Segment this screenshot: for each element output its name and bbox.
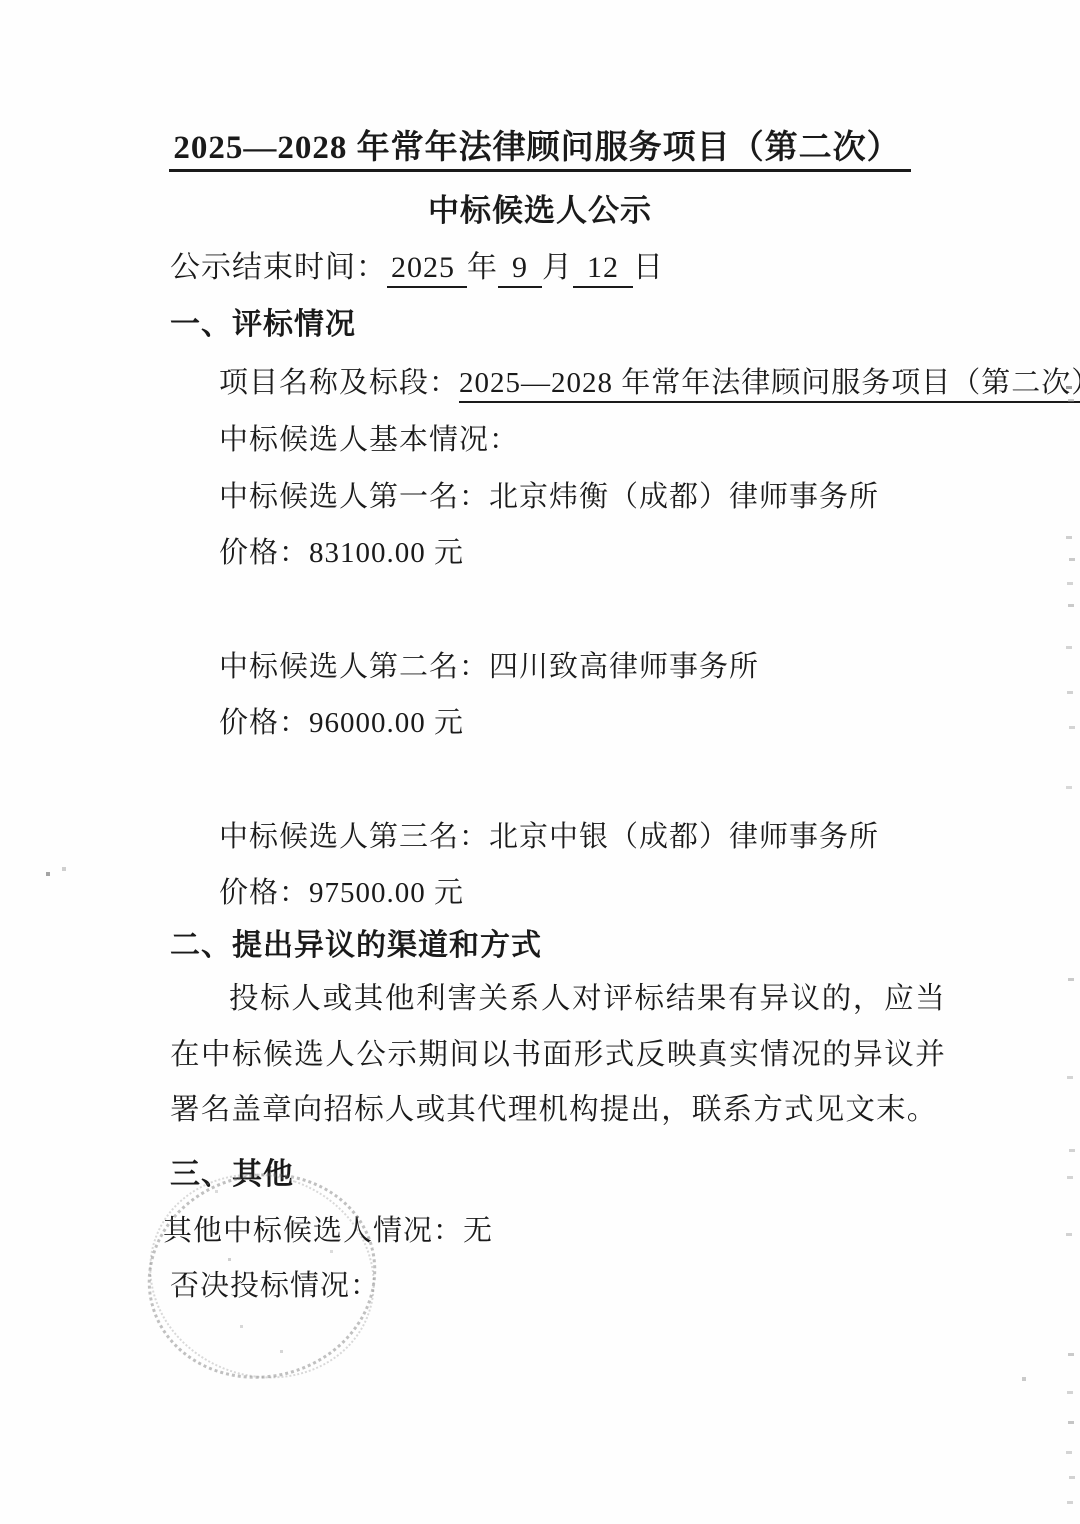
objection-paragraph: 投标人或其他利害关系人对评标结果有异议的，应当在中标候选人公示期间以书面形式反映… xyxy=(170,972,946,1139)
project-name-label: 项目名称及标段： xyxy=(219,367,459,399)
seal-speckles xyxy=(210,1230,213,1233)
section1-heading: 一、评标情况 xyxy=(170,308,356,342)
candidate-2-name-line: 中标候选人第二名：四川致高律师事务所 xyxy=(219,650,759,684)
candidate-3-name-line: 中标候选人第三名：北京中银（成都）律师事务所 xyxy=(219,820,879,854)
scan-stray-specks xyxy=(46,872,50,876)
candidate-1-price-line: 价格：83100.00 元 xyxy=(219,536,464,570)
month-unit: 月 xyxy=(542,251,573,284)
candidate-3-price-line: 价格：97500.00 元 xyxy=(219,876,464,910)
publicity-end-day: 12 xyxy=(573,251,633,288)
candidate-1-name-line: 中标候选人第一名：北京炜衡（成都）律师事务所 xyxy=(219,480,879,514)
candidate-2-price-line: 价格：96000.00 元 xyxy=(219,706,464,740)
faded-circular-seal xyxy=(126,1149,399,1403)
publicity-end-label: 公示结束时间： xyxy=(170,251,387,284)
project-name-value: 2025—2028 年常年法律顾问服务项目（第二次） xyxy=(459,367,1080,403)
scanned-document-page: 2025—2028 年常年法律顾问服务项目（第二次） 中标候选人公示 公示结束时… xyxy=(0,0,1080,1524)
document-title-text: 2025—2028 年常年法律顾问服务项目（第二次） xyxy=(169,130,910,172)
publicity-end-month: 9 xyxy=(498,251,542,288)
document-subtitle: 中标候选人公示 xyxy=(0,194,1080,228)
scan-edge-noise xyxy=(1066,386,1072,389)
year-unit: 年 xyxy=(467,251,498,284)
publicity-end-year: 2025 xyxy=(387,251,467,288)
day-unit: 日 xyxy=(633,251,664,284)
section2-heading: 二、提出异议的渠道和方式 xyxy=(170,929,542,963)
candidates-basic-info-label: 中标候选人基本情况： xyxy=(219,423,519,457)
project-name-line: 项目名称及标段：2025—2028 年常年法律顾问服务项目（第二次） xyxy=(219,366,1080,400)
publicity-end-date-line: 公示结束时间：2025年9月12日 xyxy=(170,251,664,285)
document-title: 2025—2028 年常年法律顾问服务项目（第二次） xyxy=(0,131,1080,165)
